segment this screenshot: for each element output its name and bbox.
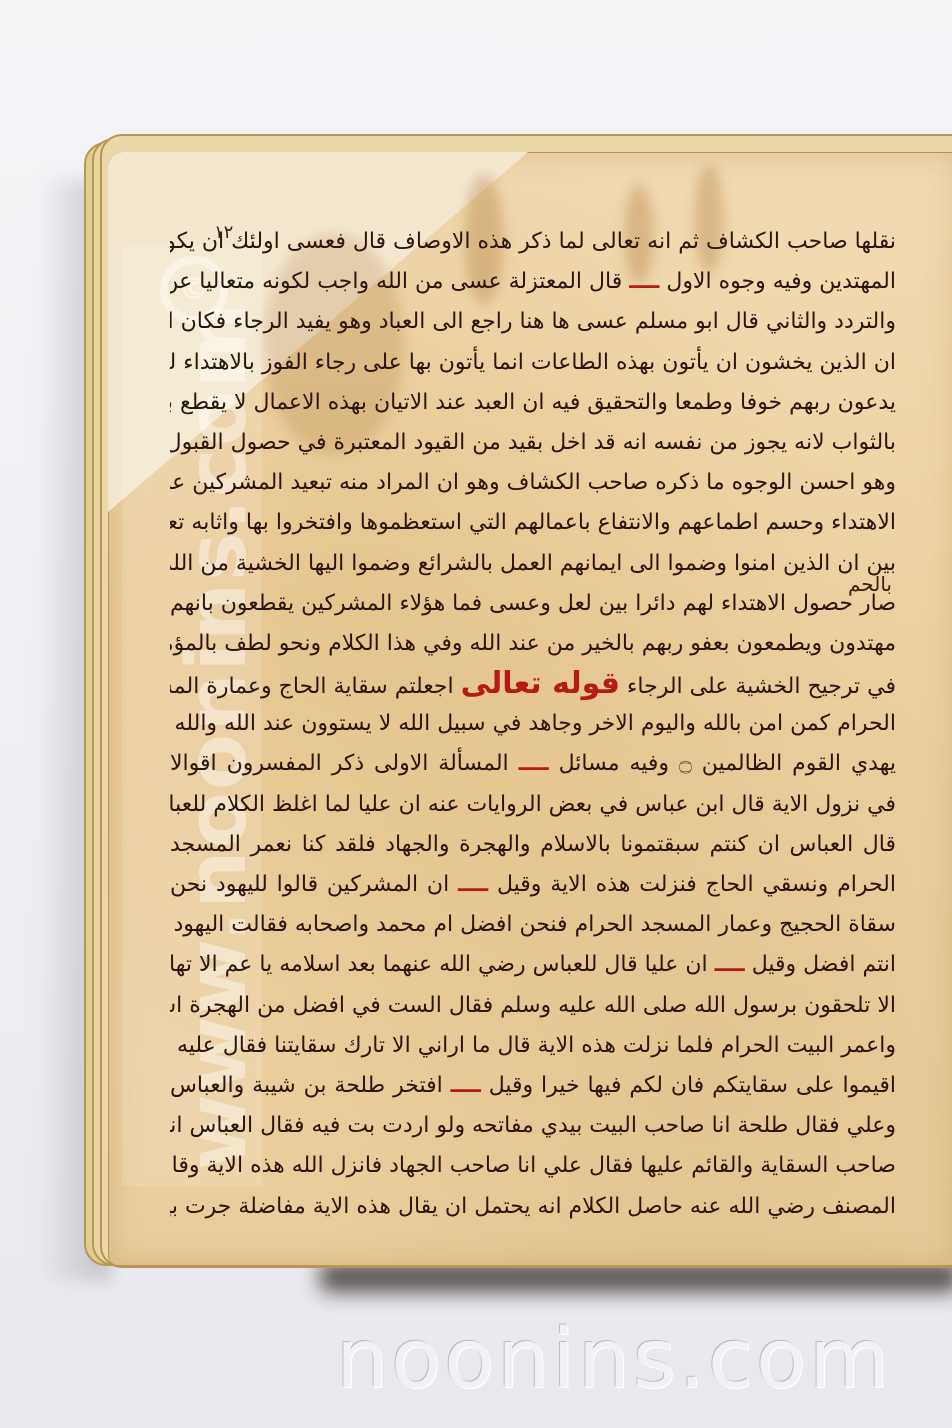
text-line: سقاة الحجيج وعمار المسجد الحرام فنحن افض…: [170, 905, 896, 945]
text-line: في ترجيح الخشية على الرجاء قوله تعالى اج…: [170, 664, 896, 704]
text-line: مهتدون ويطمعون بعفو ربهم بالخير من عند ا…: [170, 624, 896, 664]
text-line: يهدي القوم الظالمين ۝ وفيه مسائل ــــ ال…: [170, 744, 896, 784]
rubric-mark: ــــ: [629, 269, 659, 294]
text-line: يدعون ربهم خوفا وطمعا والتحقيق فيه ان ال…: [170, 383, 896, 423]
text-line: المهتدين وفيه وجوه الاول ــــ قال المعتز…: [170, 262, 896, 302]
text-line: الاهتداء وحسم اطماعهم والانتفاع باعمالهم…: [170, 503, 896, 543]
text-line: ان الذين يخشون ان يأتون بهذه الطاعات انم…: [170, 343, 896, 383]
watermark-bottom: noonins.com: [336, 1312, 892, 1407]
text-line: بالثواب لانه يجوز من نفسه انه قد اخل بقي…: [170, 423, 896, 463]
text-line: الا تلحقون برسول الله صلى الله عليه وسلم…: [170, 986, 896, 1026]
manuscript-text: نقلها صاحب الكشاف ثم انه تعالى لما ذكر ه…: [170, 222, 896, 1227]
text-line: واعمر البيت الحرام فلما نزلت هذه الاية ق…: [170, 1026, 896, 1066]
text-line: انتم افضل وقيل ــــ ان عليا قال للعباس ر…: [170, 945, 896, 985]
text-line: في نزول الاية قال ابن عباس في بعض الرواي…: [170, 785, 896, 825]
text-line: نقلها صاحب الكشاف ثم انه تعالى لما ذكر ه…: [170, 222, 896, 262]
text-line: وعلي فقال طلحة انا صاحب البيت بيدي مفاتح…: [170, 1106, 896, 1146]
text-line: المصنف رضي الله عنه حاصل الكلام انه يحتم…: [170, 1187, 896, 1227]
rubric-mark: ــــ: [519, 751, 549, 776]
text-line: قال العباس ان كنتم سبقتمونا بالاسلام وال…: [170, 825, 896, 865]
text-line: صار حصول الاهتداء لهم دائرا بين لعل وعسى…: [170, 584, 896, 624]
text-line: الحرام ونسقي الحاج فنزلت هذه الاية وقيل …: [170, 865, 896, 905]
text-line: اقيموا على سقايتكم فان لكم فيها خيرا وقي…: [170, 1066, 896, 1106]
rubric-heading: قوله تعالى: [461, 666, 620, 701]
text-line: وهو احسن الوجوه ما ذكره صاحب الكشاف وهو …: [170, 463, 896, 503]
text-line: صاحب السقاية والقائم عليها فقال علي انا …: [170, 1146, 896, 1186]
text-line: والتردد والثاني قال ابو مسلم عسى ها هنا …: [170, 302, 896, 342]
rubric-mark: ــــ: [458, 872, 488, 897]
text-line: بين ان الذين امنوا وضموا الى ايمانهم الع…: [170, 544, 896, 584]
rubric-mark: ــــ: [715, 952, 745, 977]
rubric-mark: ــــ: [451, 1073, 481, 1098]
text-line: الحرام كمن امن بالله واليوم الاخر وجاهد …: [170, 704, 896, 744]
